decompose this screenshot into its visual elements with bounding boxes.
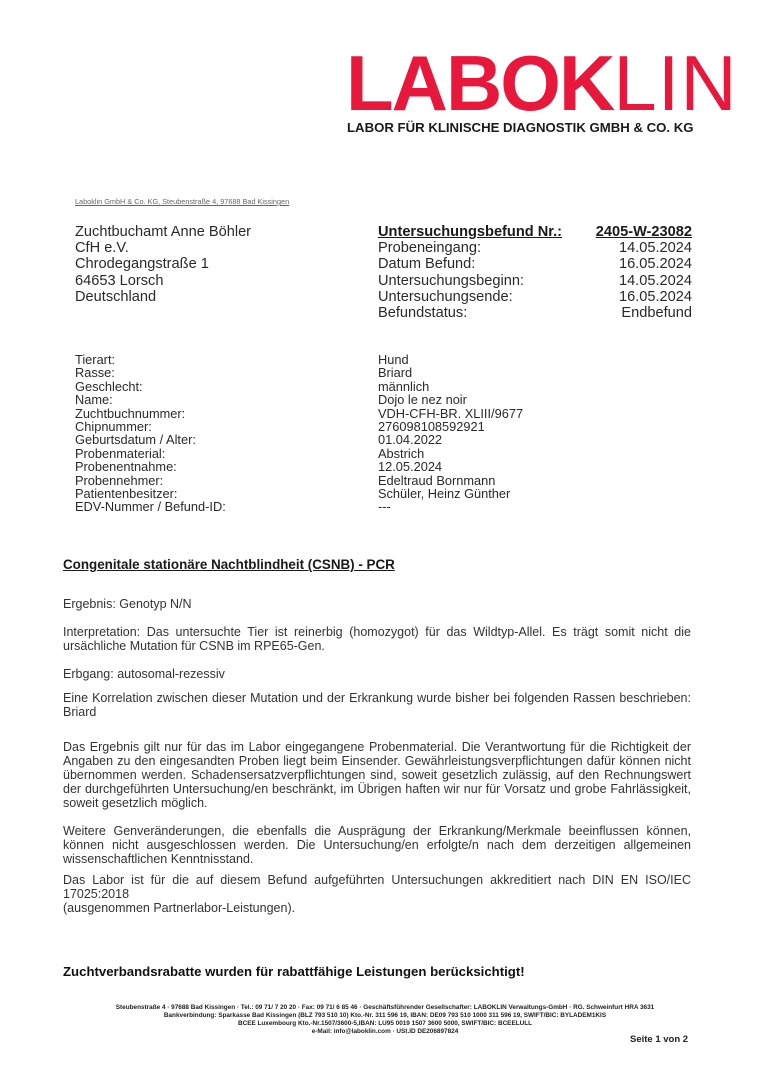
field-label: Geburtsdatum / Alter: xyxy=(75,433,378,446)
field-value: 16.05.2024 xyxy=(619,256,692,272)
animal-field-row: Patientenbesitzer:Schüler, Heinz Günther xyxy=(75,487,523,500)
recipient-line: Deutschland xyxy=(75,289,251,305)
company-tagline: LABOR FÜR KLINISCHE DIAGNOSTIK GMBH & CO… xyxy=(347,120,707,135)
report-field-row: Befundstatus:Endbefund xyxy=(378,305,692,321)
recipient-line: CfH e.V. xyxy=(75,240,251,256)
field-value: Hund xyxy=(378,353,409,366)
field-label: Zuchtbuchnummer: xyxy=(75,407,378,420)
accreditation-line: (ausgenommen Partnerlabor-Leistungen). xyxy=(63,901,691,915)
recipient-line: Zuchtbuchamt Anne Böhler xyxy=(75,224,251,240)
field-value: 276098108592921 xyxy=(378,420,485,433)
animal-field-row: Zuchtbuchnummer:VDH-CFH-BR. XLIII/9677 xyxy=(75,407,523,420)
test-inheritance: Erbgang: autosomal-rezessiv xyxy=(63,667,691,681)
field-value: Schüler, Heinz Günther xyxy=(378,487,510,500)
field-value: 14.05.2024 xyxy=(619,240,692,256)
recipient-line: 64653 Lorsch xyxy=(75,273,251,289)
logo-bold-part: LABOK xyxy=(346,39,613,127)
animal-field-row: Tierart:Hund xyxy=(75,353,523,366)
animal-field-row: Chipnummer:276098108592921 xyxy=(75,420,523,433)
accreditation-note: Das Labor ist für die auf diesem Befund … xyxy=(63,873,691,915)
test-correlation: Eine Korrelation zwischen dieser Mutatio… xyxy=(63,691,691,719)
field-value: 14.05.2024 xyxy=(619,273,692,289)
field-value: Briard xyxy=(378,366,412,379)
animal-details: Tierart:HundRasse:BriardGeschlecht:männl… xyxy=(75,353,523,514)
report-field-row: Untersuchungsende:16.05.2024 xyxy=(378,289,692,305)
field-label: Probenentnahme: xyxy=(75,460,378,473)
footer-company-info: Steubenstraße 4 · 97688 Bad Kissingen · … xyxy=(40,1004,730,1036)
accreditation-line: Das Labor ist für die auf diesem Befund … xyxy=(63,873,691,887)
laboklin-logo: LABOKLIN xyxy=(346,50,702,116)
recipient-address: Zuchtbuchamt Anne Böhler CfH e.V. Chrode… xyxy=(75,224,251,305)
animal-field-row: Geburtsdatum / Alter:01.04.2022 xyxy=(75,433,523,446)
field-value: 12.05.2024 xyxy=(378,460,442,473)
field-label: Untersuchungsbeginn: xyxy=(378,273,524,289)
field-label: Probennehmer: xyxy=(75,474,378,487)
field-label: Untersuchungsende: xyxy=(378,289,513,305)
field-label: EDV-Nummer / Befund-ID: xyxy=(75,500,378,513)
footer-line: Steubenstraße 4 · 97688 Bad Kissingen · … xyxy=(40,1004,730,1012)
report-field-row: Probeneingang:14.05.2024 xyxy=(378,240,692,256)
page-number: Seite 1 von 2 xyxy=(630,1034,688,1045)
field-label: Tierart: xyxy=(75,353,378,366)
animal-field-row: Probenmaterial:Abstrich xyxy=(75,447,523,460)
report-field-row: Datum Befund:16.05.2024 xyxy=(378,256,692,272)
footer-line: BCEE Luxembourg Kto.-Nr.1507/3600-5,IBAN… xyxy=(40,1020,730,1028)
report-number-label: Untersuchungsbefund Nr.: xyxy=(378,224,562,240)
report-number: 2405-W-23082 xyxy=(596,224,692,240)
field-value: Endbefund xyxy=(621,305,692,321)
accreditation-line: 17025:2018 xyxy=(63,887,691,901)
field-label: Chipnummer: xyxy=(75,420,378,433)
field-label: Name: xyxy=(75,393,378,406)
field-value: Edeltraud Bornmann xyxy=(378,474,495,487)
field-value: 16.05.2024 xyxy=(619,289,692,305)
field-label: Probeneingang: xyxy=(378,240,481,256)
test-result: Ergebnis: Genotyp N/N xyxy=(63,597,691,611)
discount-note: Zuchtverbandsrabatte wurden für rabattfä… xyxy=(63,964,525,979)
animal-field-row: Name:Dojo le nez noir xyxy=(75,393,523,406)
recipient-line: Chrodegangstraße 1 xyxy=(75,256,251,272)
liability-disclaimer: Das Ergebnis gilt nur für das im Labor e… xyxy=(63,740,691,810)
field-value: --- xyxy=(378,500,391,513)
other-changes-disclaimer: Weitere Genveränderungen, die ebenfalls … xyxy=(63,824,691,866)
field-value: Abstrich xyxy=(378,447,424,460)
report-info-block: Untersuchungsbefund Nr.: 2405-W-23082 Pr… xyxy=(378,224,692,321)
footer-line: e-Mail: info@laboklin.com · USt.ID DE206… xyxy=(40,1028,730,1036)
field-label: Geschlecht: xyxy=(75,380,378,393)
animal-field-row: Probenentnahme:12.05.2024 xyxy=(75,460,523,473)
animal-field-row: Geschlecht:männlich xyxy=(75,380,523,393)
footer-line: Bankverbindung: Sparkasse Bad Kissingen … xyxy=(40,1012,730,1020)
field-label: Patientenbesitzer: xyxy=(75,487,378,500)
report-field-row: Untersuchungsbeginn:14.05.2024 xyxy=(378,273,692,289)
field-value: männlich xyxy=(378,380,429,393)
animal-field-row: Probennehmer:Edeltraud Bornmann xyxy=(75,474,523,487)
field-value: 01.04.2022 xyxy=(378,433,442,446)
test-title: Congenitale stationäre Nachtblindheit (C… xyxy=(63,557,395,572)
sender-return-address: Laboklin GmbH & Co. KG, Steubenstraße 4,… xyxy=(75,197,289,206)
animal-field-row: EDV-Nummer / Befund-ID:--- xyxy=(75,500,523,513)
animal-field-row: Rasse:Briard xyxy=(75,366,523,379)
field-label: Rasse: xyxy=(75,366,378,379)
field-label: Befundstatus: xyxy=(378,305,467,321)
field-value: Dojo le nez noir xyxy=(378,393,467,406)
logo-thin-part: LIN xyxy=(613,39,737,127)
field-label: Datum Befund: xyxy=(378,256,475,272)
field-value: VDH-CFH-BR. XLIII/9677 xyxy=(378,407,523,420)
test-interpretation: Interpretation: Das untersuchte Tier ist… xyxy=(63,625,691,653)
report-number-row: Untersuchungsbefund Nr.: 2405-W-23082 xyxy=(378,224,692,240)
field-label: Probenmaterial: xyxy=(75,447,378,460)
